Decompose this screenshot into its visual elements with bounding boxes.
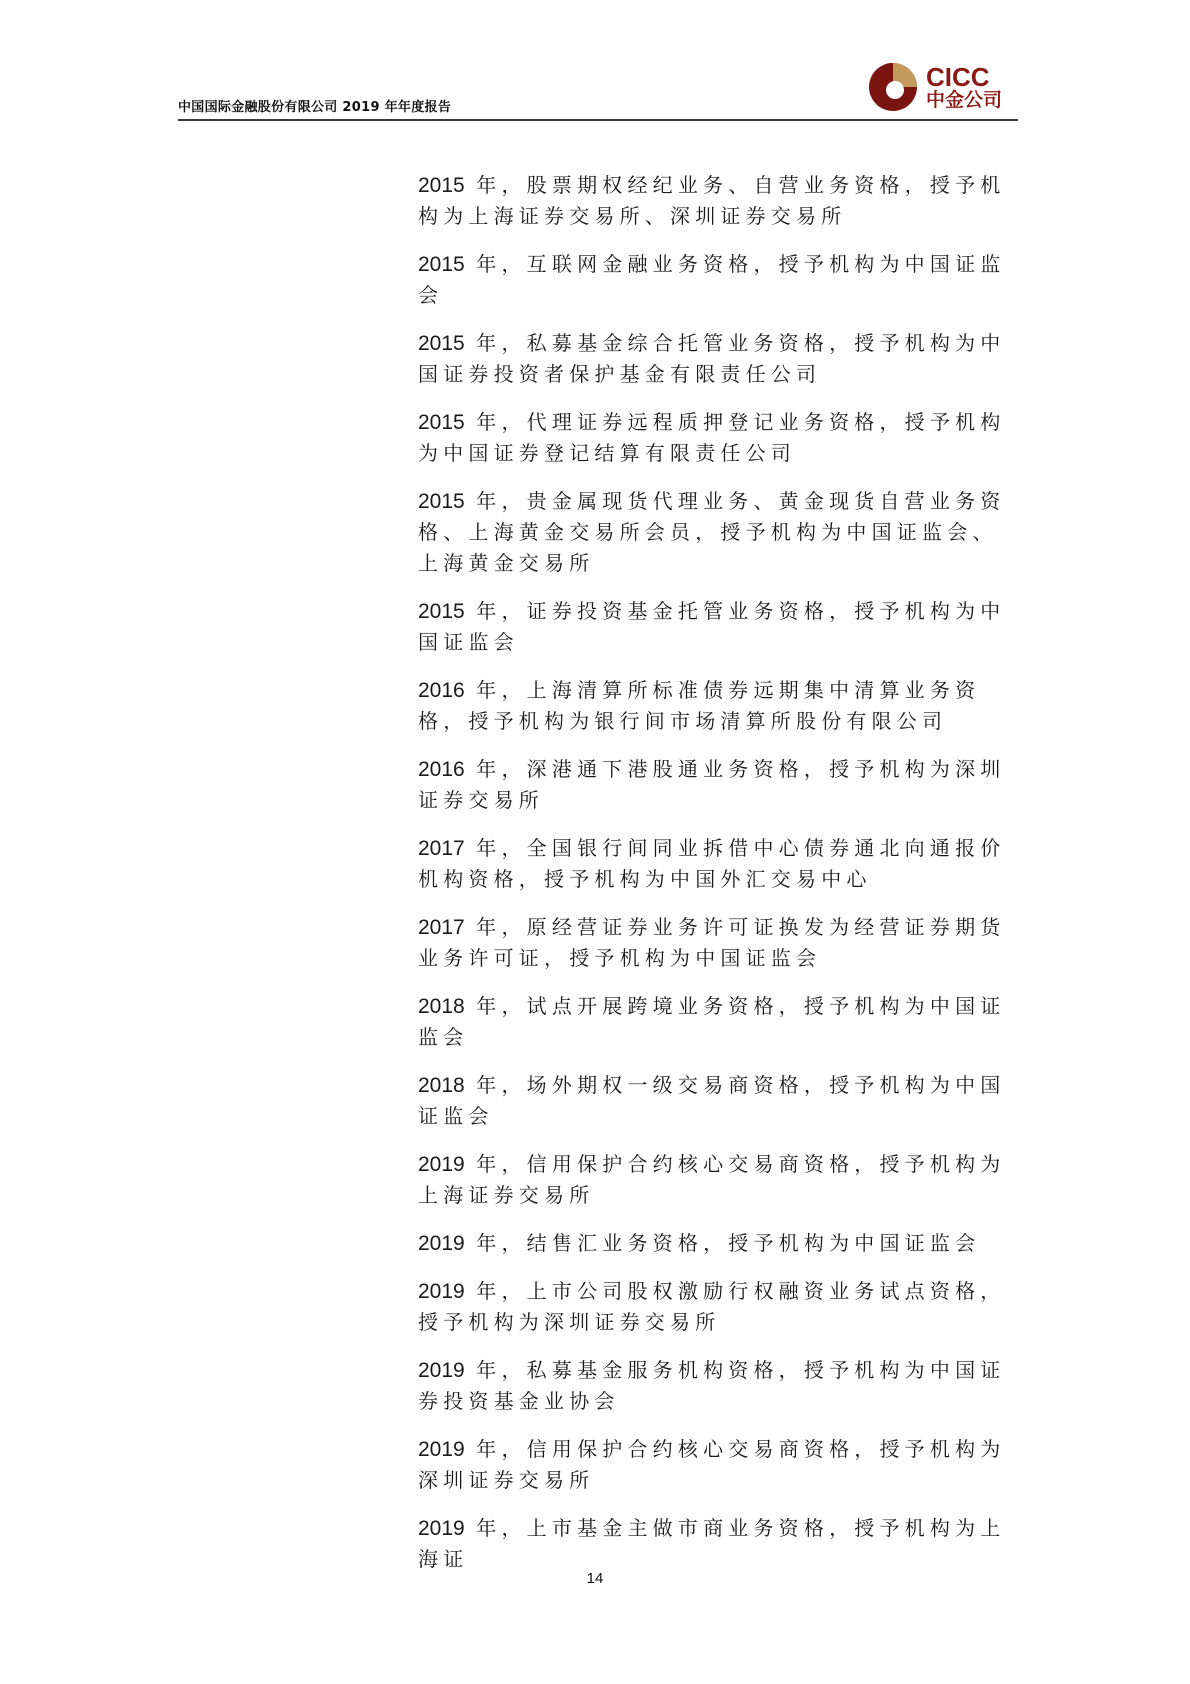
entry-year: 2019 <box>418 1232 465 1255</box>
entry-text: 年，上海清算所标准债券远期集中清算业务资格，授予机构为银行间市场清算所股份有限公… <box>418 678 980 733</box>
list-item: 2015 年，证券投资基金托管业务资格，授予机构为中国证监会 <box>418 596 1018 658</box>
entry-year: 2019 <box>418 1517 465 1540</box>
entry-text: 年，结售汇业务资格，授予机构为中国证监会 <box>465 1231 981 1255</box>
list-item: 2018 年，试点开展跨境业务资格，授予机构为中国证监会 <box>418 991 1018 1053</box>
entry-year: 2015 <box>418 600 465 623</box>
list-item: 2016 年，上海清算所标准债券远期集中清算业务资格，授予机构为银行间市场清算所… <box>418 675 1018 737</box>
entry-year: 2019 <box>418 1438 465 1461</box>
list-item: 2015 年，私募基金综合托管业务资格，授予机构为中国证券投资者保护基金有限责任… <box>418 328 1018 390</box>
entry-text: 年，信用保护合约核心交易商资格，授予机构为深圳证券交易所 <box>418 1437 1005 1492</box>
entry-year: 2016 <box>418 758 465 781</box>
entry-year: 2018 <box>418 995 465 1018</box>
entry-text: 年，上市基金主做市商业务资格，授予机构为上海证 <box>418 1516 1005 1571</box>
entry-text: 年，私募基金服务机构资格，授予机构为中国证券投资基金业协会 <box>418 1358 1005 1413</box>
entry-text: 年，信用保护合约核心交易商资格，授予机构为上海证券交易所 <box>418 1152 1005 1207</box>
cicc-logo: CICC 中金公司 <box>868 57 1018 117</box>
entry-text: 年，试点开展跨境业务资格，授予机构为中国证监会 <box>418 994 1005 1049</box>
header-divider <box>178 119 1018 121</box>
logo-text-en: CICC <box>926 64 1002 90</box>
list-item: 2015 年，代理证券远程质押登记业务资格，授予机构为中国证券登记结算有限责任公… <box>418 407 1018 469</box>
entry-year: 2015 <box>418 253 465 276</box>
logo-text-cn: 中金公司 <box>926 91 1002 110</box>
qualification-list: 2015 年，股票期权经纪业务、自营业务资格，授予机构为上海证券交易所、深圳证券… <box>418 170 1018 1592</box>
entry-year: 2019 <box>418 1153 465 1176</box>
list-item: 2015 年，贵金属现货代理业务、黄金现货自营业务资格、上海黄金交易所会员，授予… <box>418 486 1018 579</box>
entry-year: 2015 <box>418 411 465 434</box>
page-header: 中国国际金融股份有限公司 2019 年年度报告 CICC 中金公司 <box>178 55 1018 121</box>
entry-year: 2016 <box>418 679 465 702</box>
entry-text: 年，贵金属现货代理业务、黄金现货自营业务资格、上海黄金交易所会员，授予机构为中国… <box>418 489 1005 575</box>
entry-year: 2015 <box>418 174 465 197</box>
entry-year: 2019 <box>418 1280 465 1303</box>
list-item: 2019 年，私募基金服务机构资格，授予机构为中国证券投资基金业协会 <box>418 1355 1018 1417</box>
list-item: 2017 年，全国银行间同业拆借中心债券通北向通报价机构资格，授予机构为中国外汇… <box>418 833 1018 895</box>
list-item: 2019 年，上市公司股权激励行权融资业务试点资格，授予机构为深圳证券交易所 <box>418 1276 1018 1338</box>
entry-year: 2015 <box>418 332 465 355</box>
entry-text: 年，证券投资基金托管业务资格，授予机构为中国证监会 <box>418 599 1005 654</box>
entry-text: 年，原经营证券业务许可证换发为经营证券期货业务许可证，授予机构为中国证监会 <box>418 915 1005 970</box>
entry-year: 2018 <box>418 1074 465 1097</box>
cicc-logo-icon <box>868 60 918 114</box>
list-item: 2019 年，结售汇业务资格，授予机构为中国证监会 <box>418 1228 1018 1259</box>
list-item: 2015 年，股票期权经纪业务、自营业务资格，授予机构为上海证券交易所、深圳证券… <box>418 170 1018 232</box>
entry-year: 2017 <box>418 837 465 860</box>
entry-text: 年，深港通下港股通业务资格，授予机构为深圳证券交易所 <box>418 757 1005 812</box>
list-item: 2019 年，上市基金主做市商业务资格，授予机构为上海证 <box>418 1513 1018 1575</box>
list-item: 2018 年，场外期权一级交易商资格，授予机构为中国证监会 <box>418 1070 1018 1132</box>
list-item: 2019 年，信用保护合约核心交易商资格，授予机构为深圳证券交易所 <box>418 1434 1018 1496</box>
entry-text: 年，代理证券远程质押登记业务资格，授予机构为中国证券登记结算有限责任公司 <box>418 410 1005 465</box>
entry-year: 2019 <box>418 1359 465 1382</box>
entry-text: 年，互联网金融业务资格，授予机构为中国证监会 <box>418 252 1005 307</box>
page-number: 14 <box>0 1570 1190 1587</box>
entry-text: 年，场外期权一级交易商资格，授予机构为中国证监会 <box>418 1073 1005 1128</box>
entry-year: 2017 <box>418 916 465 939</box>
report-title: 中国国际金融股份有限公司 2019 年年度报告 <box>178 96 451 115</box>
list-item: 2016 年，深港通下港股通业务资格，授予机构为深圳证券交易所 <box>418 754 1018 816</box>
list-item: 2019 年，信用保护合约核心交易商资格，授予机构为上海证券交易所 <box>418 1149 1018 1211</box>
entry-year: 2015 <box>418 490 465 513</box>
entry-text: 年，私募基金综合托管业务资格，授予机构为中国证券投资者保护基金有限责任公司 <box>418 331 1005 386</box>
entry-text: 年，上市公司股权激励行权融资业务试点资格，授予机构为深圳证券交易所 <box>418 1279 1005 1334</box>
list-item: 2015 年，互联网金融业务资格，授予机构为中国证监会 <box>418 249 1018 311</box>
entry-text: 年，全国银行间同业拆借中心债券通北向通报价机构资格，授予机构为中国外汇交易中心 <box>418 836 1005 891</box>
list-item: 2017 年，原经营证券业务许可证换发为经营证券期货业务许可证，授予机构为中国证… <box>418 912 1018 974</box>
entry-text: 年，股票期权经纪业务、自营业务资格，授予机构为上海证券交易所、深圳证券交易所 <box>418 173 1005 228</box>
